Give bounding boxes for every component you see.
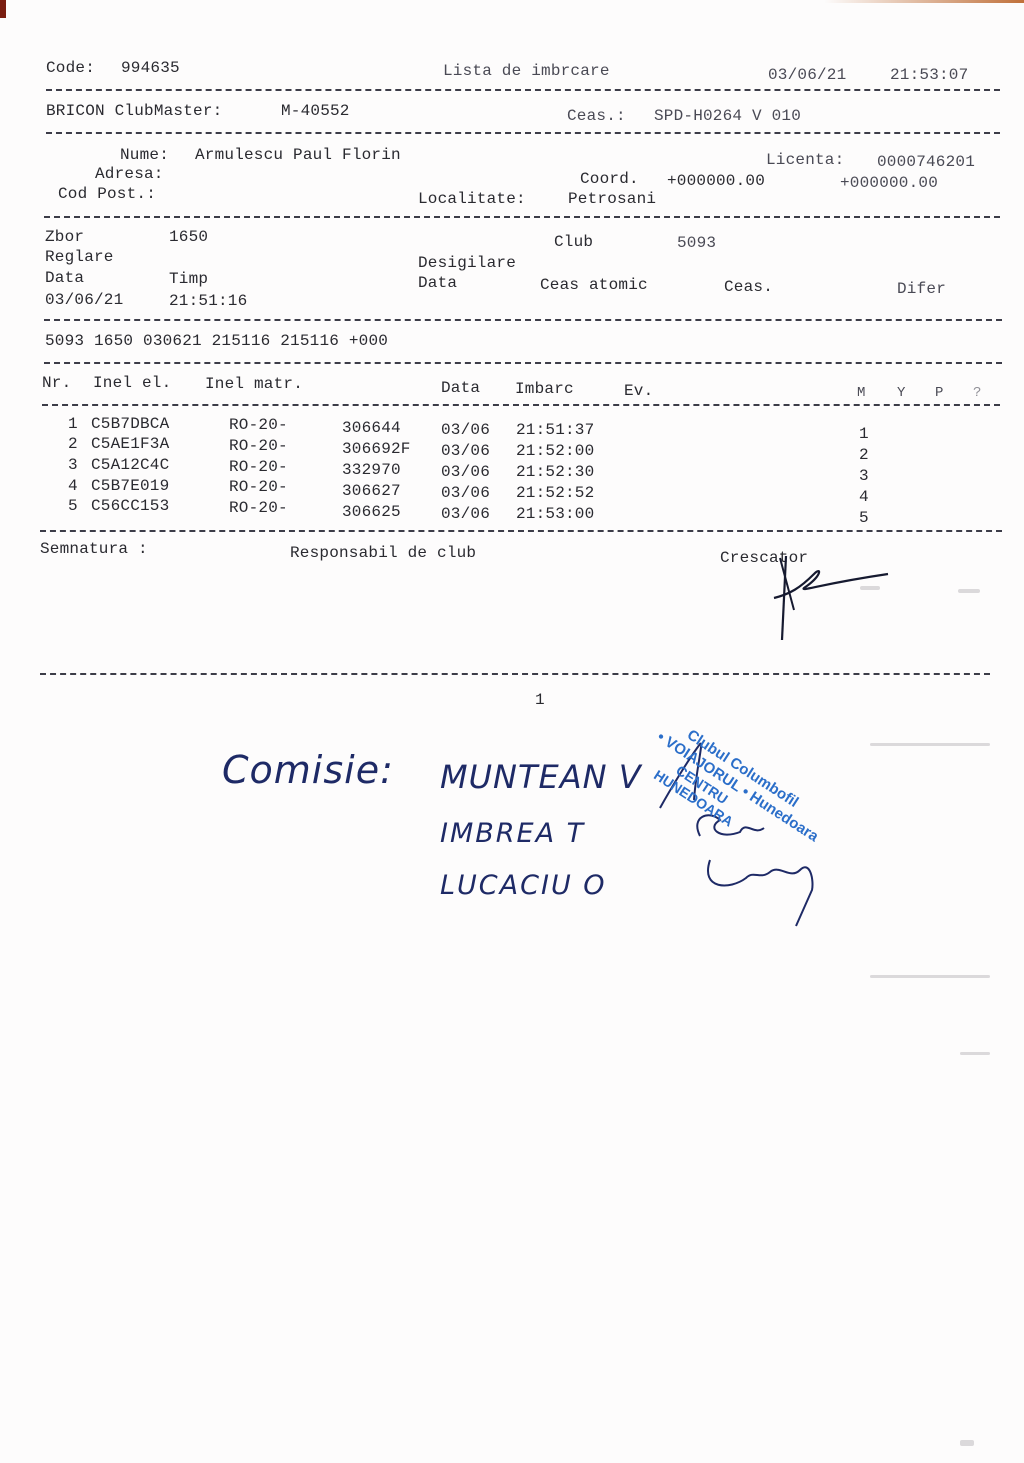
col-electronic-ring: Inel el. <box>93 374 171 392</box>
scan-artifact <box>960 1440 974 1446</box>
row-ring-prefix: RO-20- <box>229 416 288 434</box>
summary-line: 5093 1650 030621 215116 215116 +000 <box>45 332 388 350</box>
row-nr: 2 <box>68 435 78 453</box>
row-electronic-ring: C56CC153 <box>91 497 169 515</box>
divider <box>44 216 1000 218</box>
row-m: 3 <box>859 467 869 485</box>
coord-y: +000000.00 <box>840 174 938 192</box>
row-nr: 3 <box>68 456 78 474</box>
row-nr: 5 <box>68 497 78 515</box>
scan-artifact <box>870 743 990 746</box>
row-ring-prefix: RO-20- <box>229 437 288 455</box>
coord-x: +000000.00 <box>667 172 765 190</box>
col-m: M <box>857 384 866 402</box>
col-event: Ev. <box>624 382 653 400</box>
scan-artifact <box>860 586 880 590</box>
clock-col-label: Ceas. <box>724 278 773 296</box>
club-responsible-label: Responsabil de club <box>290 544 476 562</box>
col-extra: ? <box>973 384 982 402</box>
row-m: 5 <box>859 509 869 527</box>
unseal-label: Desigilare <box>418 254 516 272</box>
row-m: 1 <box>859 425 869 443</box>
paper-edge <box>0 0 6 18</box>
divider <box>42 404 1000 406</box>
setting-time-label: Timp <box>169 270 208 288</box>
name-value: Armulescu Paul Florin <box>195 146 401 164</box>
row-m: 4 <box>859 488 869 506</box>
license-value: 0000746201 <box>877 153 975 171</box>
row-ring-prefix: RO-20- <box>229 458 288 476</box>
row-time: 21:52:52 <box>516 484 594 502</box>
row-electronic-ring: C5B7E019 <box>91 477 169 495</box>
col-p: P <box>935 384 944 402</box>
row-ring-prefix: RO-20- <box>229 499 288 517</box>
atomic-clock-label: Ceas atomic <box>540 276 648 294</box>
divider <box>40 530 1002 532</box>
paper-edge <box>824 0 1024 3</box>
locality-value: Petrosani <box>568 190 656 208</box>
setting-date: 03/06/21 <box>45 291 123 309</box>
flight-value: 1650 <box>169 228 208 246</box>
commission-label: Comisie: <box>222 748 394 792</box>
header-time: 21:53:07 <box>890 66 968 84</box>
row-time: 21:53:00 <box>516 505 594 523</box>
clock-label: Ceas.: <box>567 107 626 125</box>
document-title: Lista de imbrcare <box>443 62 610 80</box>
row-time: 21:52:00 <box>516 442 594 460</box>
coord-label: Coord. <box>580 170 639 188</box>
scan-artifact <box>958 589 980 593</box>
row-date: 03/06 <box>441 442 490 460</box>
locality-label: Localitate: <box>418 190 526 208</box>
row-nr: 1 <box>68 415 78 433</box>
col-y: Y <box>897 384 906 402</box>
row-ring-number: 306625 <box>342 503 401 521</box>
name-label: Nume: <box>120 146 169 164</box>
page-number: 1 <box>535 691 545 709</box>
setting-label: Reglare <box>45 248 114 266</box>
row-ring-number: 306692F <box>342 440 411 458</box>
system-label: BRICON ClubMaster: <box>46 102 222 120</box>
diff-label: Difer <box>897 280 946 298</box>
row-electronic-ring: C5AE1F3A <box>91 435 169 453</box>
divider <box>46 132 1000 134</box>
col-date: Data <box>441 379 480 397</box>
signature-label: Semnatura : <box>40 540 148 558</box>
header-date: 03/06/21 <box>768 66 846 84</box>
divider <box>46 89 1000 91</box>
breeder-signature <box>760 548 900 648</box>
row-date: 03/06 <box>441 421 490 439</box>
club-value: 5093 <box>677 234 716 252</box>
license-label: Licenta: <box>766 151 844 169</box>
setting-date-label: Data <box>45 269 84 287</box>
row-electronic-ring: C5A12C4C <box>91 456 169 474</box>
code-label: Code: <box>46 59 95 77</box>
divider <box>40 673 990 675</box>
commission-member: MUNTEAN V <box>440 758 642 796</box>
row-ring-number: 306627 <box>342 482 401 500</box>
setting-time: 21:51:16 <box>169 292 247 310</box>
flight-label: Zbor <box>45 228 84 246</box>
postcode-label: Cod Post.: <box>58 185 156 203</box>
club-label: Club <box>554 233 593 251</box>
unseal-date-label: Data <box>418 274 457 292</box>
commission-member: IMBREA T <box>440 818 585 849</box>
row-ring-prefix: RO-20- <box>229 478 288 496</box>
row-time: 21:52:30 <box>516 463 594 481</box>
commission-member: LUCACIU O <box>440 870 607 901</box>
code-value: 994635 <box>121 59 180 77</box>
scan-artifact <box>960 1052 990 1055</box>
row-date: 03/06 <box>441 505 490 523</box>
col-ring-number: Inel matr. <box>205 375 303 393</box>
divider <box>44 319 1002 321</box>
row-ring-number: 306644 <box>342 419 401 437</box>
row-date: 03/06 <box>441 484 490 502</box>
divider <box>44 362 1002 364</box>
system-value: M-40552 <box>281 102 350 120</box>
scan-artifact <box>870 975 990 978</box>
row-nr: 4 <box>68 477 78 495</box>
clock-value: SPD-H0264 V 010 <box>654 107 801 125</box>
row-ring-number: 332970 <box>342 461 401 479</box>
address-label: Adresa: <box>95 165 164 183</box>
row-m: 2 <box>859 446 869 464</box>
row-date: 03/06 <box>441 463 490 481</box>
col-basketing: Imbarc <box>515 380 574 398</box>
col-nr: Nr. <box>42 374 71 392</box>
row-electronic-ring: C5B7DBCA <box>91 415 169 433</box>
row-time: 21:51:37 <box>516 421 594 439</box>
